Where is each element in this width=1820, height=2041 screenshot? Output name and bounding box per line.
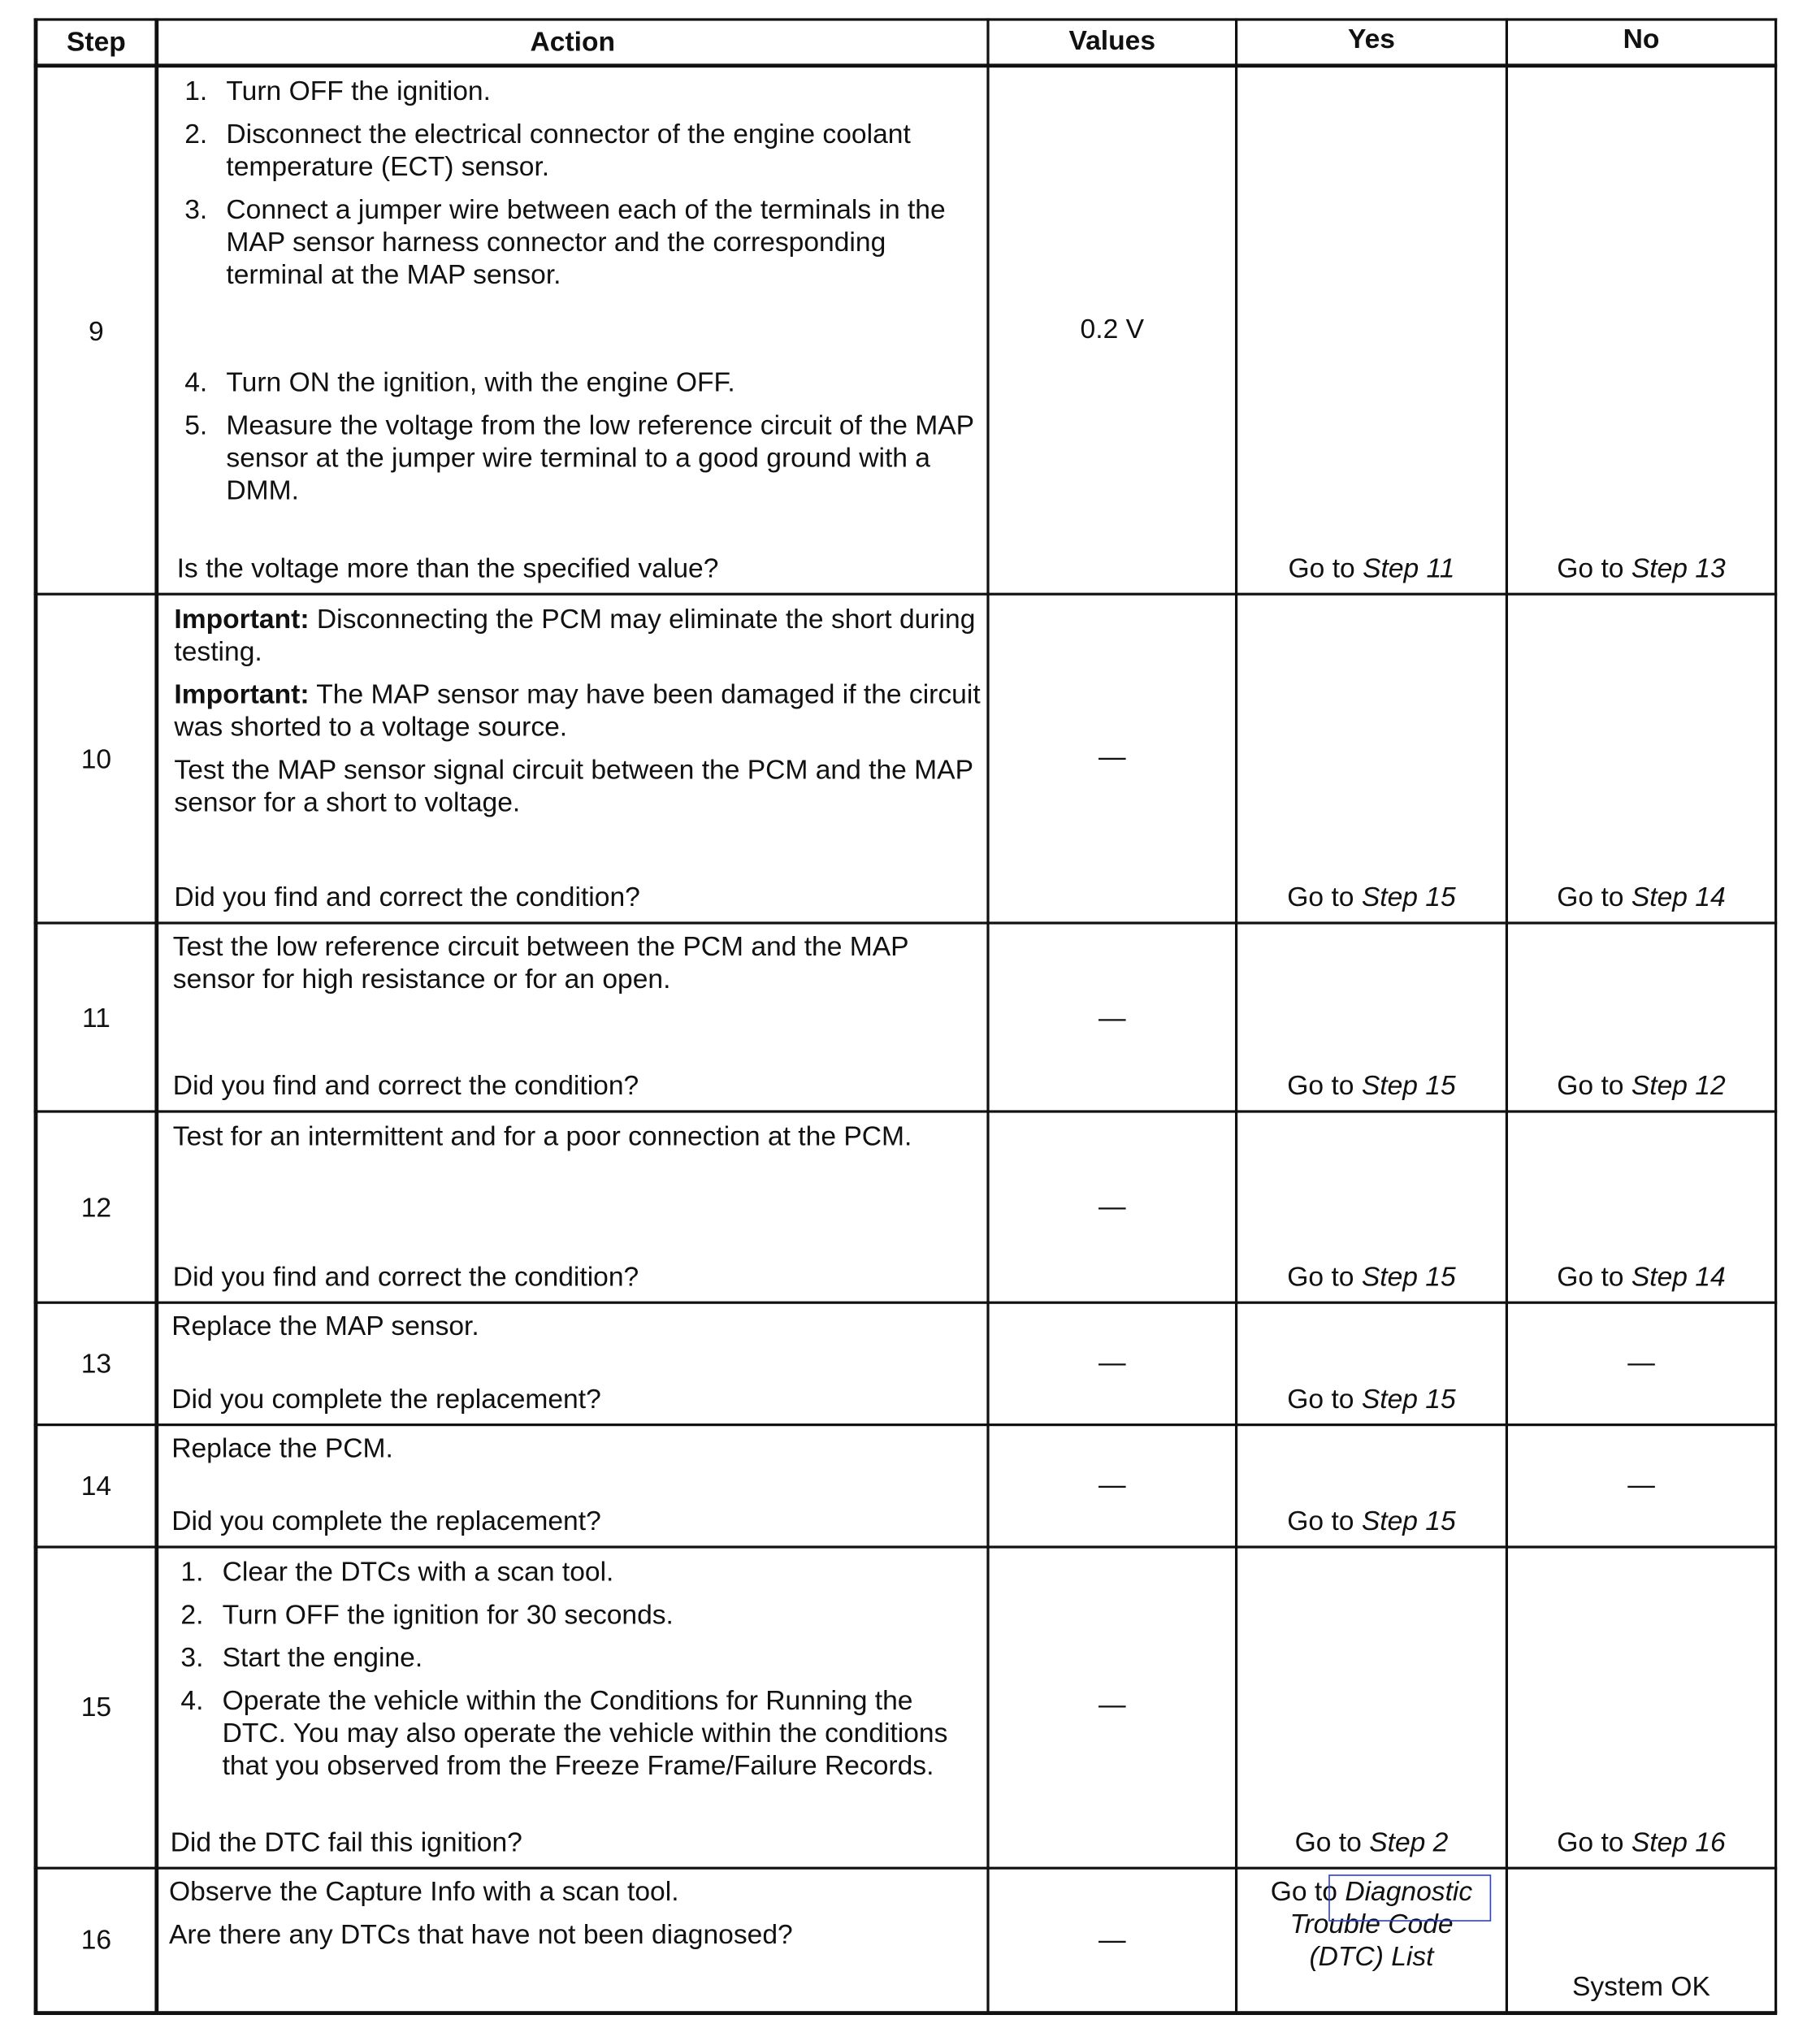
action-text: Replace the PCM.	[171, 1432, 980, 1465]
action-cell: Observe the Capture Info with a scan too…	[169, 1876, 981, 2011]
no-cell: Go to Step 14	[1508, 596, 1774, 922]
action-question: Did you complete the replacement?	[171, 1383, 601, 1415]
action-question: Is the voltage more than the specified v…	[177, 552, 719, 585]
action-step: 2.Disconnect the electrical connector of…	[158, 119, 979, 184]
action-question: Did the DTC fail this ignition?	[171, 1826, 522, 1859]
action-question: Did you complete the replacement?	[171, 1506, 601, 1538]
value-text: 0.2 V	[990, 314, 1235, 346]
yes-goto-link[interactable]: Go to Step 15	[1237, 1070, 1506, 1103]
table-border-right	[1774, 18, 1777, 2013]
action-step: 3.Start the engine.	[154, 1642, 973, 1675]
important-note: Important: Disconnecting the PCM may eli…	[174, 603, 982, 668]
yes-goto-link[interactable]: Go to Step 2	[1237, 1826, 1506, 1859]
action-step: 5.Measure the voltage from the low refer…	[158, 409, 979, 507]
step-number: 15	[37, 1692, 154, 1724]
value-dash: —	[990, 1347, 1235, 1380]
value-cell: —	[990, 1304, 1235, 1423]
action-step: 3.Connect a jumper wire between each of …	[158, 193, 979, 291]
action-text: Test the low reference circuit between t…	[173, 931, 981, 996]
header-step: Step	[37, 26, 154, 58]
value-dash: —	[990, 1003, 1235, 1035]
value-dash: —	[990, 1191, 1235, 1224]
action-cell: 1.Turn OFF the ignition. 2.Disconnect th…	[158, 76, 986, 593]
step-number: 14	[37, 1471, 154, 1503]
value-cell: —	[990, 1426, 1235, 1545]
action-cell: Replace the MAP sensor. Did you complete…	[171, 1311, 980, 1423]
table-border-top	[34, 18, 1778, 20]
important-note: Important: The MAP sensor may have been …	[174, 678, 982, 743]
action-step: 1.Turn OFF the ignition.	[158, 76, 979, 108]
action-text: Test the MAP sensor signal circuit betwe…	[174, 754, 982, 819]
no-cell: —	[1508, 1304, 1774, 1423]
yes-goto-link[interactable]: Go to Step 15	[1237, 1506, 1506, 1538]
action-steps: 1.Clear the DTCs with a scan tool. 2.Tur…	[154, 1556, 981, 1782]
step-number: 13	[37, 1348, 154, 1380]
step-number: 12	[37, 1192, 154, 1224]
action-text: Test for an intermittent and for a poor …	[173, 1120, 981, 1153]
table-border-bottom	[34, 2011, 1778, 2015]
action-text: Replace the MAP sensor.	[171, 1311, 980, 1343]
action-question: Did you find and correct the condition?	[174, 882, 639, 914]
yes-cell: Go to Step 15	[1237, 1113, 1506, 1302]
no-cell: System OK	[1508, 1870, 1774, 2011]
action-cell: 1.Clear the DTCs with a scan tool. 2.Tur…	[154, 1556, 981, 1866]
yes-goto-link[interactable]: Go to Step 15	[1237, 882, 1506, 914]
yes-cell: Go to Step 11	[1237, 67, 1506, 592]
diagnostic-table: Step Action Values Yes No 9 1.Turn OFF t…	[0, 0, 1820, 2041]
link-highlight-box	[1328, 1874, 1491, 1922]
header-action: Action	[158, 26, 986, 58]
value-cell: —	[990, 1113, 1235, 1302]
action-step: 4.Operate the vehicle within the Conditi…	[154, 1685, 973, 1783]
step-number: 11	[37, 1003, 154, 1035]
value-cell: 0.2 V	[990, 67, 1235, 592]
no-cell: —	[1508, 1426, 1774, 1545]
action-step: 1.Clear the DTCs with a scan tool.	[154, 1556, 973, 1588]
step-number: 10	[37, 743, 154, 776]
action-question: Did you find and correct the condition?	[173, 1261, 639, 1293]
no-cell: Go to Step 13	[1508, 67, 1774, 592]
value-cell: —	[990, 1870, 1235, 2011]
no-cell: Go to Step 14	[1508, 1113, 1774, 1302]
action-steps: 1.Turn OFF the ignition. 2.Disconnect th…	[158, 76, 986, 507]
value-dash: —	[990, 1469, 1235, 1501]
step-number: 9	[37, 316, 154, 349]
yes-cell: Go to Diagnostic Trouble Code (DTC) List	[1237, 1870, 1506, 2011]
step-number: 16	[37, 1924, 154, 1956]
no-cell: Go to Step 12	[1508, 925, 1774, 1111]
no-goto-link[interactable]: Go to Step 16	[1508, 1826, 1774, 1859]
no-dash: —	[1508, 1347, 1774, 1380]
no-goto-link[interactable]: Go to Step 14	[1508, 882, 1774, 914]
action-cell: Test for an intermittent and for a poor …	[173, 1120, 981, 1301]
value-cell: —	[990, 1549, 1235, 1867]
yes-goto-link[interactable]: Go to Step 15	[1237, 1383, 1506, 1415]
action-question: Are there any DTCs that have not been di…	[169, 1919, 981, 1952]
value-dash: —	[990, 1924, 1235, 1956]
yes-cell: Go to Step 2	[1237, 1549, 1506, 1867]
action-text: Observe the Capture Info with a scan too…	[169, 1876, 981, 1909]
no-dash: —	[1508, 1469, 1774, 1501]
action-question: Did you find and correct the condition?	[173, 1070, 639, 1103]
yes-goto-link[interactable]: Go to Step 11	[1237, 552, 1506, 585]
yes-cell: Go to Step 15	[1237, 1426, 1506, 1545]
value-cell: —	[990, 596, 1235, 922]
no-goto-link[interactable]: Go to Step 12	[1508, 1070, 1774, 1103]
yes-cell: Go to Step 15	[1237, 925, 1506, 1111]
no-goto-link[interactable]: Go to Step 13	[1508, 552, 1774, 585]
header-values: Values	[990, 24, 1235, 57]
action-cell: Replace the PCM. Did you complete the re…	[171, 1432, 980, 1545]
no-goto-link[interactable]: Go to Step 14	[1508, 1261, 1774, 1293]
yes-cell: Go to Step 15	[1237, 596, 1506, 922]
action-cell: Important: Disconnecting the PCM may eli…	[174, 603, 982, 921]
header-yes: Yes	[1237, 24, 1506, 56]
system-ok-text: System OK	[1508, 1971, 1774, 2004]
yes-cell: Go to Step 15	[1237, 1304, 1506, 1423]
value-dash: —	[990, 741, 1235, 773]
action-cell: Test the low reference circuit between t…	[173, 931, 981, 1111]
action-step: 4.Turn ON the ignition, with the engine …	[158, 366, 979, 399]
no-cell: Go to Step 16	[1508, 1549, 1774, 1867]
yes-goto-link[interactable]: Go to Step 15	[1237, 1261, 1506, 1293]
action-step: 2.Turn OFF the ignition for 30 seconds.	[154, 1599, 973, 1631]
header-no: No	[1508, 24, 1774, 56]
value-dash: —	[990, 1688, 1235, 1721]
value-cell: —	[990, 925, 1235, 1111]
